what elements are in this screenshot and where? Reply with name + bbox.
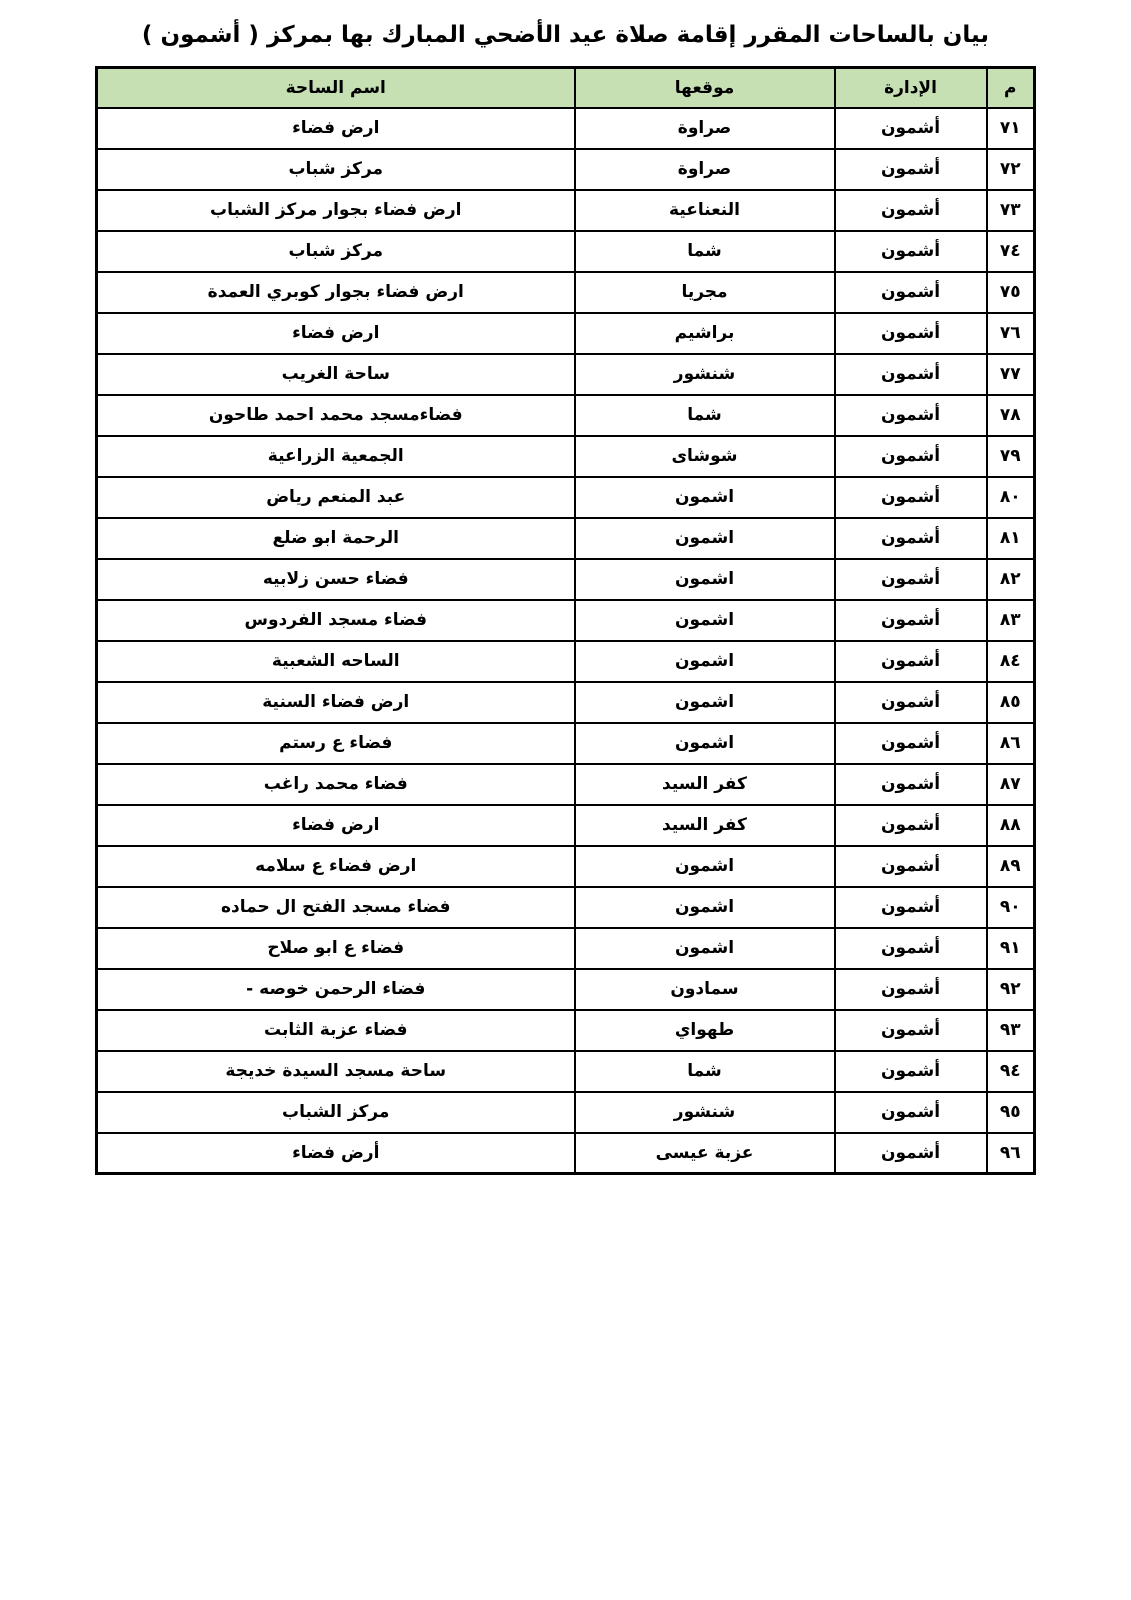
- cell-administration: أشمون: [835, 764, 987, 805]
- cell-administration: أشمون: [835, 354, 987, 395]
- cell-number: ٧٨: [987, 395, 1035, 436]
- cell-square-name: ارض فضاء بجوار كوبري العمدة: [97, 272, 575, 313]
- cell-location: اشمون: [575, 641, 835, 682]
- cell-location: شما: [575, 395, 835, 436]
- cell-administration: أشمون: [835, 272, 987, 313]
- cell-square-name: فضاء مسجد الفتح ال حماده: [97, 887, 575, 928]
- cell-number: ٧٩: [987, 436, 1035, 477]
- table-row: ٨٧ أشمون كفر السيد فضاء محمد راغب: [97, 764, 1035, 805]
- cell-square-name: الرحمة ابو ضلع: [97, 518, 575, 559]
- cell-number: ٧٦: [987, 313, 1035, 354]
- cell-location: سمادون: [575, 969, 835, 1010]
- table-row: ٨٨ أشمون كفر السيد ارض فضاء: [97, 805, 1035, 846]
- cell-square-name: فضاء مسجد الفردوس: [97, 600, 575, 641]
- cell-square-name: عبد المنعم رياض: [97, 477, 575, 518]
- table-row: ٨١ أشمون اشمون الرحمة ابو ضلع: [97, 518, 1035, 559]
- table-row: ٩٠ أشمون اشمون فضاء مسجد الفتح ال حماده: [97, 887, 1035, 928]
- cell-location: اشمون: [575, 559, 835, 600]
- cell-administration: أشمون: [835, 477, 987, 518]
- header-cell-administration: الإدارة: [835, 68, 987, 108]
- cell-administration: أشمون: [835, 231, 987, 272]
- cell-location: صراوة: [575, 108, 835, 149]
- table-row: ٨٩ أشمون اشمون ارض فضاء ع سلامه: [97, 846, 1035, 887]
- cell-number: ٧١: [987, 108, 1035, 149]
- cell-number: ٧٤: [987, 231, 1035, 272]
- cell-square-name: الساحه الشعبية: [97, 641, 575, 682]
- cell-location: شوشاى: [575, 436, 835, 477]
- table-row: ٧٥ أشمون مجريا ارض فضاء بجوار كوبري العم…: [97, 272, 1035, 313]
- table-row: ٨٣ أشمون اشمون فضاء مسجد الفردوس: [97, 600, 1035, 641]
- cell-square-name: فضاء حسن زلابيه: [97, 559, 575, 600]
- cell-location: اشمون: [575, 928, 835, 969]
- table-row: ٩٥ أشمون شنشور مركز الشباب: [97, 1092, 1035, 1133]
- header-row: م الإدارة موقعها اسم الساحة: [97, 68, 1035, 108]
- cell-administration: أشمون: [835, 559, 987, 600]
- table-row: ٧٨ أشمون شما فضاءمسجد محمد احمد طاحون: [97, 395, 1035, 436]
- cell-number: ٨٩: [987, 846, 1035, 887]
- cell-location: شنشور: [575, 354, 835, 395]
- cell-administration: أشمون: [835, 600, 987, 641]
- table-row: ٨٦ أشمون اشمون فضاء ع رستم: [97, 723, 1035, 764]
- cell-square-name: ساحة الغريب: [97, 354, 575, 395]
- table-row: ٧٢ أشمون صراوة مركز شباب: [97, 149, 1035, 190]
- cell-administration: أشمون: [835, 887, 987, 928]
- cell-number: ٧٣: [987, 190, 1035, 231]
- cell-square-name: فضاء ع ابو صلاح: [97, 928, 575, 969]
- cell-number: ٨٦: [987, 723, 1035, 764]
- cell-location: اشمون: [575, 723, 835, 764]
- cell-square-name: ارض فضاء: [97, 805, 575, 846]
- cell-administration: أشمون: [835, 518, 987, 559]
- table-row: ٨٢ أشمون اشمون فضاء حسن زلابيه: [97, 559, 1035, 600]
- cell-square-name: فضاء محمد راغب: [97, 764, 575, 805]
- cell-square-name: فضاء عزبة الثابت: [97, 1010, 575, 1051]
- cell-location: اشمون: [575, 477, 835, 518]
- cell-square-name: ساحة مسجد السيدة خديجة: [97, 1051, 575, 1092]
- table-row: ٨٠ أشمون اشمون عبد المنعم رياض: [97, 477, 1035, 518]
- cell-administration: أشمون: [835, 928, 987, 969]
- table-body: ٧١ أشمون صراوة ارض فضاء ٧٢ أشمون صراوة م…: [97, 108, 1035, 1174]
- table-row: ٨٥ أشمون اشمون ارض فضاء السنية: [97, 682, 1035, 723]
- cell-location: اشمون: [575, 518, 835, 559]
- cell-square-name: مركز الشباب: [97, 1092, 575, 1133]
- table-row: ٩٦ أشمون عزبة عيسى أرض فضاء: [97, 1133, 1035, 1174]
- cell-square-name: الجمعية الزراعية: [97, 436, 575, 477]
- cell-number: ٩٠: [987, 887, 1035, 928]
- cell-number: ٨٥: [987, 682, 1035, 723]
- cell-number: ٧٢: [987, 149, 1035, 190]
- cell-number: ٨٢: [987, 559, 1035, 600]
- cell-number: ٧٥: [987, 272, 1035, 313]
- cell-administration: أشمون: [835, 436, 987, 477]
- cell-square-name: مركز شباب: [97, 231, 575, 272]
- cell-administration: أشمون: [835, 1092, 987, 1133]
- cell-location: شما: [575, 231, 835, 272]
- cell-administration: أشمون: [835, 1010, 987, 1051]
- header-cell-square-name: اسم الساحة: [97, 68, 575, 108]
- cell-square-name: ارض فضاء: [97, 313, 575, 354]
- cell-number: ٩٢: [987, 969, 1035, 1010]
- document-page: بيان بالساحات المقرر إقامة صلاة عيد الأض…: [0, 0, 1131, 1600]
- cell-location: شنشور: [575, 1092, 835, 1133]
- table-row: ٧٦ أشمون براشيم ارض فضاء: [97, 313, 1035, 354]
- page-title: بيان بالساحات المقرر إقامة صلاة عيد الأض…: [95, 22, 1036, 48]
- cell-administration: أشمون: [835, 641, 987, 682]
- cell-square-name: ارض فضاء: [97, 108, 575, 149]
- cell-square-name: ارض فضاء السنية: [97, 682, 575, 723]
- cell-administration: أشمون: [835, 1133, 987, 1174]
- cell-location: صراوة: [575, 149, 835, 190]
- cell-square-name: أرض فضاء: [97, 1133, 575, 1174]
- table-row: ٧٩ أشمون شوشاى الجمعية الزراعية: [97, 436, 1035, 477]
- cell-square-name: مركز شباب: [97, 149, 575, 190]
- cell-location: كفر السيد: [575, 764, 835, 805]
- cell-square-name: فضاء الرحمن خوصه -: [97, 969, 575, 1010]
- cell-square-name: ارض فضاء بجوار مركز الشباب: [97, 190, 575, 231]
- cell-administration: أشمون: [835, 190, 987, 231]
- cell-administration: أشمون: [835, 846, 987, 887]
- cell-number: ٧٧: [987, 354, 1035, 395]
- cell-administration: أشمون: [835, 313, 987, 354]
- cell-location: كفر السيد: [575, 805, 835, 846]
- cell-location: اشمون: [575, 682, 835, 723]
- cell-location: اشمون: [575, 600, 835, 641]
- cell-location: اشمون: [575, 846, 835, 887]
- cell-square-name: فضاء ع رستم: [97, 723, 575, 764]
- cell-number: ٨٣: [987, 600, 1035, 641]
- table-row: ٩٢ أشمون سمادون فضاء الرحمن خوصه -: [97, 969, 1035, 1010]
- cell-administration: أشمون: [835, 969, 987, 1010]
- cell-administration: أشمون: [835, 1051, 987, 1092]
- cell-square-name: فضاءمسجد محمد احمد طاحون: [97, 395, 575, 436]
- cell-administration: أشمون: [835, 723, 987, 764]
- header-cell-location: موقعها: [575, 68, 835, 108]
- cell-number: ٨١: [987, 518, 1035, 559]
- table-row: ٩٤ أشمون شما ساحة مسجد السيدة خديجة: [97, 1051, 1035, 1092]
- cell-number: ٨٠: [987, 477, 1035, 518]
- cell-number: ٩٣: [987, 1010, 1035, 1051]
- cell-location: عزبة عيسى: [575, 1133, 835, 1174]
- cell-location: النعناعية: [575, 190, 835, 231]
- table-row: ٧١ أشمون صراوة ارض فضاء: [97, 108, 1035, 149]
- cell-number: ٨٧: [987, 764, 1035, 805]
- table-row: ٩٣ أشمون طهواي فضاء عزبة الثابت: [97, 1010, 1035, 1051]
- cell-number: ٩٥: [987, 1092, 1035, 1133]
- table-row: ٧٣ أشمون النعناعية ارض فضاء بجوار مركز ا…: [97, 190, 1035, 231]
- cell-administration: أشمون: [835, 805, 987, 846]
- cell-number: ٩١: [987, 928, 1035, 969]
- cell-number: ٩٤: [987, 1051, 1035, 1092]
- table-row: ٧٤ أشمون شما مركز شباب: [97, 231, 1035, 272]
- table-row: ٨٤ أشمون اشمون الساحه الشعبية: [97, 641, 1035, 682]
- table-row: ٧٧ أشمون شنشور ساحة الغريب: [97, 354, 1035, 395]
- cell-location: براشيم: [575, 313, 835, 354]
- cell-number: ٨٤: [987, 641, 1035, 682]
- cell-administration: أشمون: [835, 108, 987, 149]
- cell-administration: أشمون: [835, 149, 987, 190]
- cell-administration: أشمون: [835, 395, 987, 436]
- cell-square-name: ارض فضاء ع سلامه: [97, 846, 575, 887]
- cell-number: ٩٦: [987, 1133, 1035, 1174]
- cell-location: شما: [575, 1051, 835, 1092]
- cell-location: طهواي: [575, 1010, 835, 1051]
- cell-location: اشمون: [575, 887, 835, 928]
- cell-location: مجريا: [575, 272, 835, 313]
- table-row: ٩١ أشمون اشمون فضاء ع ابو صلاح: [97, 928, 1035, 969]
- header-cell-number: م: [987, 68, 1035, 108]
- prayer-squares-table: م الإدارة موقعها اسم الساحة ٧١ أشمون صرا…: [95, 66, 1036, 1175]
- cell-administration: أشمون: [835, 682, 987, 723]
- cell-number: ٨٨: [987, 805, 1035, 846]
